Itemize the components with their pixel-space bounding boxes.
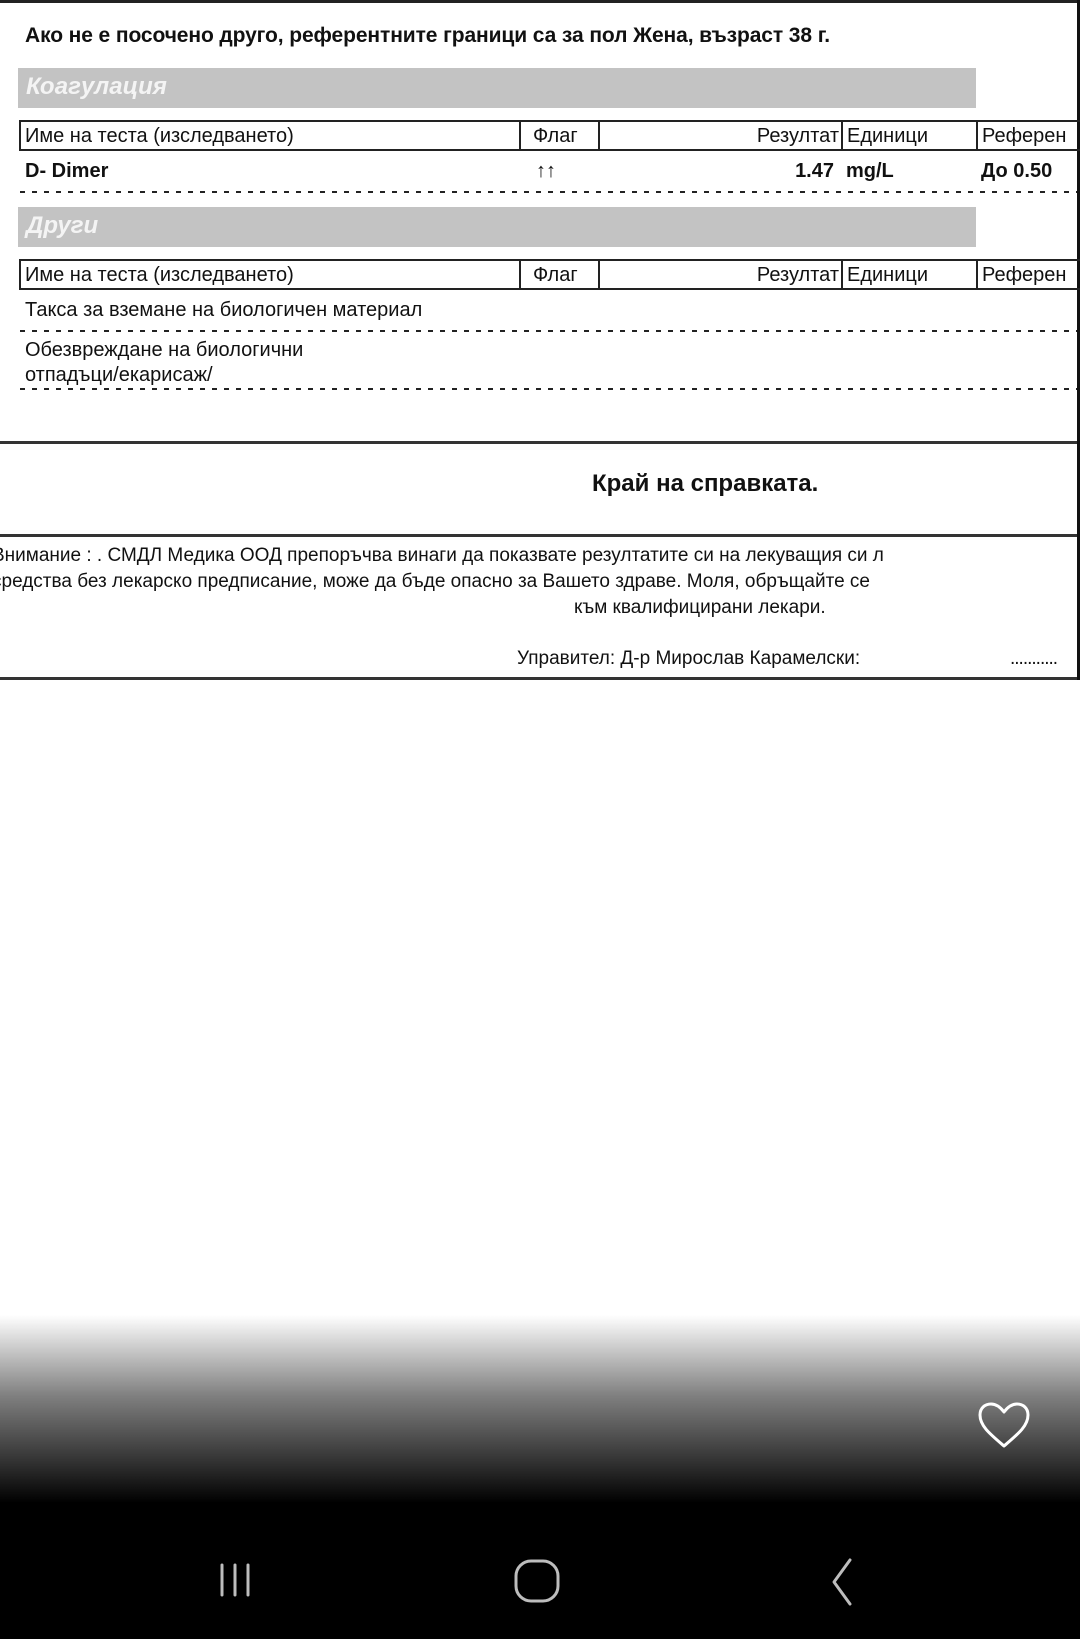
column-divider (598, 261, 600, 288)
section-title: Други (26, 212, 98, 240)
disclaimer-line: средства без лекарско предписание, може … (0, 569, 1077, 595)
flag-high: ↑↑ (536, 160, 556, 183)
test-name-line2: отпадъци/екарисаж/ (25, 364, 213, 387)
disclaimer-line: към квалифицирани лекари. (574, 595, 974, 621)
reference-range: До 0.50 (981, 160, 1052, 183)
end-of-report: Край на справката. (592, 470, 818, 498)
section-header-coagulation: Коагулация (18, 68, 976, 108)
signature-dots: ........... (1010, 648, 1057, 670)
heart-outline-icon (976, 1400, 1032, 1450)
test-name: Такса за вземане на биологичен материал (25, 299, 422, 322)
divider-rule (0, 534, 1077, 537)
test-name-line1: Обезвреждане на биологични (25, 339, 303, 362)
column-reference: Референ (982, 122, 1077, 149)
divider-rule (0, 441, 1077, 444)
column-test-name: Име на теста (изследването) (25, 122, 294, 149)
column-divider (519, 261, 521, 288)
column-divider (841, 122, 843, 149)
test-name: D- Dimer (25, 160, 108, 183)
column-test-name: Име на теста (изследването) (25, 261, 294, 288)
android-navigation-bar (0, 1520, 1080, 1639)
row-separator (20, 388, 1077, 390)
column-units: Единици (847, 122, 928, 149)
reference-note: Ако не е посочено друго, референтните гр… (25, 24, 830, 48)
result-units: mg/L (846, 160, 894, 183)
column-flag: Флаг (533, 261, 593, 288)
home-button[interactable] (507, 1550, 567, 1610)
column-divider (519, 122, 521, 149)
home-icon (507, 1550, 567, 1610)
row-separator (20, 191, 1077, 193)
section-header-other: Други (18, 207, 976, 247)
column-divider (976, 261, 978, 288)
recents-button[interactable] (205, 1550, 265, 1610)
back-button[interactable] (810, 1550, 870, 1610)
row-separator (20, 330, 1077, 332)
back-icon (810, 1550, 870, 1610)
column-units: Единици (847, 261, 928, 288)
manager-signature: Управител: Д-р Мирослав Карамелски: (517, 648, 860, 670)
column-result: Резултат (601, 261, 839, 288)
result-value: 1.47 (600, 160, 834, 183)
column-reference: Референ (982, 261, 1077, 288)
top-border (0, 0, 1080, 3)
divider-rule (0, 677, 1077, 680)
column-flag: Флаг (533, 122, 593, 149)
disclaimer-line: Внимание : . СМДЛ Медика ООД препоръчва … (0, 543, 1077, 569)
column-divider (976, 122, 978, 149)
recents-icon (205, 1550, 265, 1610)
table-header: Име на теста (изследването) Флаг Резулта… (19, 259, 1080, 290)
section-title: Коагулация (26, 73, 167, 101)
column-divider (841, 261, 843, 288)
table-header: Име на теста (изследването) Флаг Резулта… (19, 120, 1080, 151)
column-divider (598, 122, 600, 149)
favorite-button[interactable] (976, 1400, 1032, 1450)
column-result: Резултат (601, 122, 839, 149)
